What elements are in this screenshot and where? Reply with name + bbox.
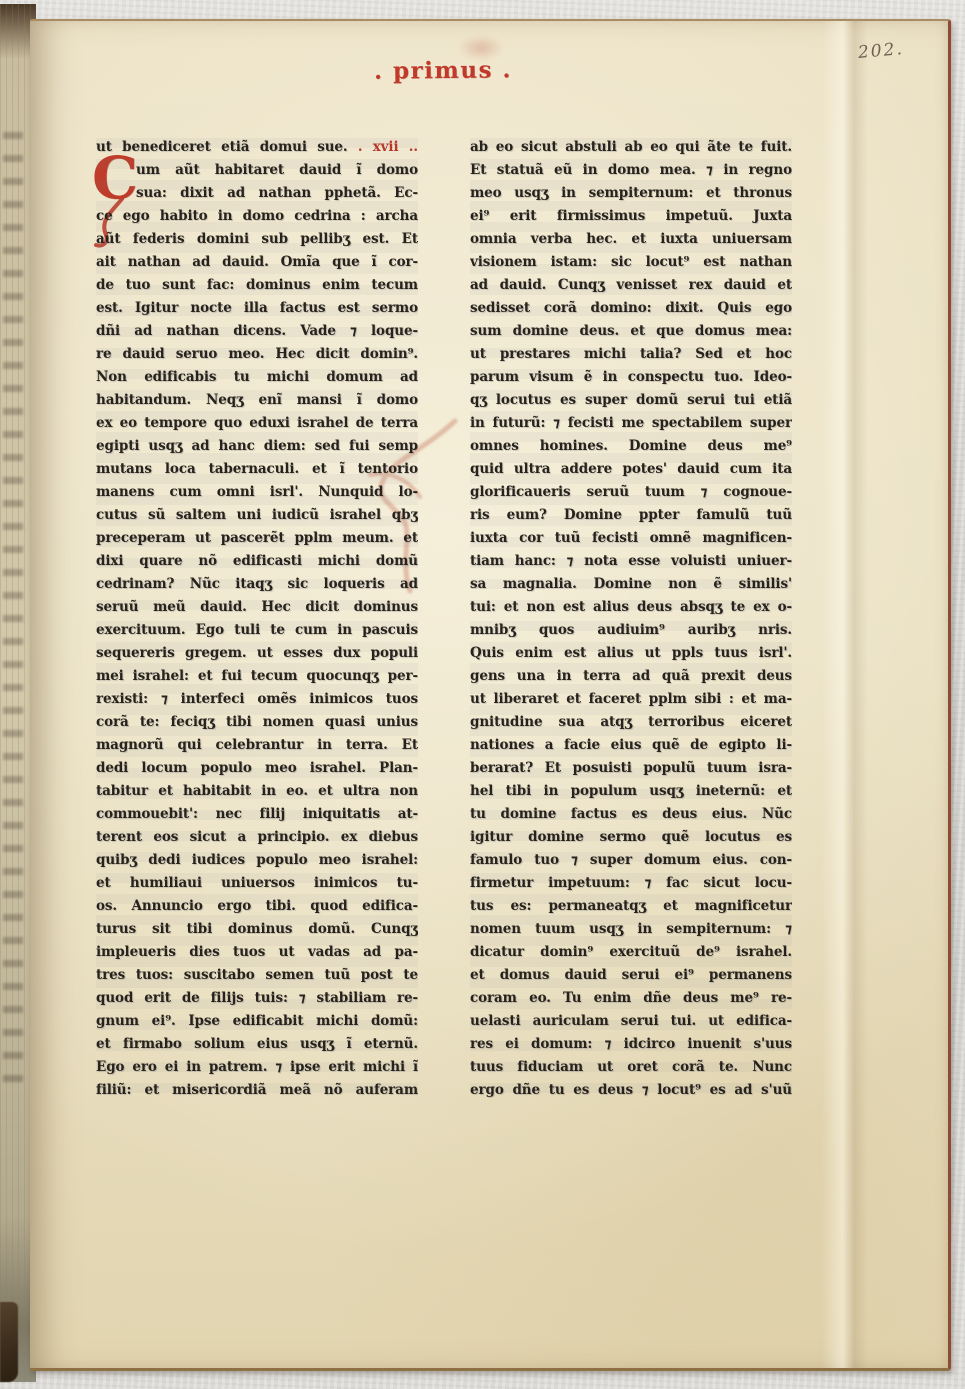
text-line: gnum ei⁹. Ipse edificabit michi domũ:	[96, 1010, 418, 1033]
text-line: preceperam ut pascerẽt pplm meum. et	[96, 527, 418, 550]
text-line: tres tuos: suscitabo semen tuũ post te	[96, 964, 418, 987]
text-line: Quis enim est alius ut ppls tuus isrl'.	[470, 642, 792, 665]
text-line: manens cum omni isrl'. Nunquid lo-	[96, 481, 418, 504]
text-line: tui: et non est alius deus absqʒ te ex o…	[470, 596, 792, 619]
text-line: ad dauid. Cunqʒ venisset rex dauid et	[470, 274, 792, 297]
text-line: et domus dauid serui ei⁹ permanens	[470, 964, 792, 987]
manuscript-photo: . primus . 202. C ut benediceret etiã do…	[0, 0, 965, 1389]
text-line: uelasti auriculam serui tui. ut edifica-	[470, 1010, 792, 1033]
text-line: Et statuã eũ in domo mea. ⁊ in regno	[470, 159, 792, 182]
text-line: tiam hanc: ⁊ nota esse voluisti uniuer-	[470, 550, 792, 573]
text-line: terent eos sicut a principio. ex diebus	[96, 826, 418, 849]
text-line: impleueris dies tuos ut vadas ad pa-	[96, 941, 418, 964]
text-line: ut benediceret etiã domui sue. . xvii ..	[96, 136, 418, 159]
text-line: sum domine deus. et que domus mea:	[470, 320, 792, 343]
text-line: meo usqʒ in sempiternum: et thronus	[470, 182, 792, 205]
text-line: tuus fiduciam ut oret corã te. Nunc	[470, 1056, 792, 1079]
facing-page-text-showthrough	[3, 132, 23, 1082]
text-line: parum visum ẽ in conspectu tuo. Ideo-	[470, 366, 792, 389]
text-line: et humiliaui uniuersos inimicos tu-	[96, 872, 418, 895]
text-line: sa magnalia. Domine non ẽ similis'	[470, 573, 792, 596]
text-line: tus es: permaneatqʒ et magnificetur	[470, 895, 792, 918]
vellum-page: . primus . 202. C ut benediceret etiã do…	[30, 19, 951, 1371]
text-column-right: ab eo sicut abstuli ab eo qui ãte te fui…	[470, 136, 792, 1102]
text-line: quibʒ dedi iudices populo meo israhel:	[96, 849, 418, 872]
text-line: et firmabo solium eius usqʒ ĩ eternũ.	[96, 1033, 418, 1056]
text-line: dicatur domin⁹ exercituũ de⁹ israhel.	[470, 941, 792, 964]
text-line: dñi ad nathan dicens. Vade ⁊ loque-	[96, 320, 418, 343]
text-line: exercituum. Ego tuli te cum in pascuis	[96, 619, 418, 642]
text-line: nationes a facie eius quẽ de egipto li-	[470, 734, 792, 757]
text-line: qʒ locutus es super domũ serui tui etiã	[470, 389, 792, 412]
chapter-number: . xvii ..	[358, 139, 418, 155]
text-line: dixi quare nõ edificasti michi domũ	[96, 550, 418, 573]
text-line: cutus sũ saltem uni iudicũ israhel qbʒ	[96, 504, 418, 527]
text-line: ce ego habito in domo cedrina : archa	[96, 205, 418, 228]
text-line: habitandum. Neqʒ enĩ mansi ĩ domo	[96, 389, 418, 412]
text-line: gnitudine sua atqʒ terroribus eiceret	[470, 711, 792, 734]
text-line: um aũt habitaret dauid ĩ domo	[96, 159, 418, 182]
text-line: seruũ meũ dauid. Hec dicit dominus	[96, 596, 418, 619]
text-line: filiũ: et misericordiã meã nõ auferam	[96, 1079, 418, 1102]
folio-number: 202.	[857, 39, 904, 63]
text-line: cedrinam? Nũc itaqʒ sic loqueris ad	[96, 573, 418, 596]
text-line: hel tibi in populum usqʒ ineternũ: et	[470, 780, 792, 803]
text-line: mei israhel: et fui tecum quocunqʒ per-	[96, 665, 418, 688]
text-line: ab eo sicut abstuli ab eo qui ãte te fui…	[470, 136, 792, 159]
text-line: sequereris gregem. ut esses dux populi	[96, 642, 418, 665]
text-line: berarat? Et posuisti populũ tuum isra-	[470, 757, 792, 780]
text-line: ex eo tempore quo eduxi israhel de terra	[96, 412, 418, 435]
text-line: in futurũ: ⁊ fecisti me spectabilem supe…	[470, 412, 792, 435]
text-line: coram eo. Tu enim dñe deus me⁹ re-	[470, 987, 792, 1010]
text-line: egipti usqʒ ad hanc diem: sed fui semp	[96, 435, 418, 458]
text-line: turus sit tibi dominus domũ. Cunqʒ	[96, 918, 418, 941]
text-line: visionem istam: sic locut⁹ est nathan	[470, 251, 792, 274]
binding-corner	[0, 1302, 18, 1382]
text-line: sua: dixit ad nathan pphetã. Ec-	[96, 182, 418, 205]
text-line: corã te: feciqʒ tibi nomen quasi unius	[96, 711, 418, 734]
verse-end-text: ut benediceret etiã domui sue.	[96, 139, 348, 155]
text-line: commouebit': nec filij iniquitatis at-	[96, 803, 418, 826]
text-line: tabitur et habitabit in eo. et ultra non	[96, 780, 418, 803]
text-line: nomen tuum usqʒ in sempiternum: ⁊	[470, 918, 792, 941]
text-line: famulo tuo ⁊ super domum eius. con-	[470, 849, 792, 872]
text-line: omnes homines. Domine deus me⁹	[470, 435, 792, 458]
text-line: mnibʒ quos audiuim⁹ auribʒ nris.	[470, 619, 792, 642]
text-line: aũt federis domini sub pellibʒ est. Et	[96, 228, 418, 251]
text-line: de tuo sunt fac: dominus enim tecum	[96, 274, 418, 297]
text-line: ut prestares michi talia? Sed et hoc	[470, 343, 792, 366]
text-line: magnorũ qui celebrantur in terra. Et	[96, 734, 418, 757]
text-line: glorificaueris seruũ tuum ⁊ cognoue-	[470, 481, 792, 504]
text-line: ait nathan ad dauid. Omĩa que ĩ cor-	[96, 251, 418, 274]
text-line: quod erit de filijs tuis: ⁊ stabiliam re…	[96, 987, 418, 1010]
text-line: ei⁹ erit firmissimus impetuũ. Juxta	[470, 205, 792, 228]
column-lines: um aũt habitaret dauid ĩ domosua: dixit …	[96, 159, 418, 1102]
text-line: omnia verba hec. et iuxta uniuersam	[470, 228, 792, 251]
text-line: igitur domine sermo quẽ locutus es	[470, 826, 792, 849]
text-line: gens una in terra ad quã prexit deus	[470, 665, 792, 688]
text-line: Non edificabis tu michi domum ad	[96, 366, 418, 389]
text-line: ergo dñe tu es deus ⁊ locut⁹ es ad s'uũ	[470, 1079, 792, 1102]
text-line: iuxta cor tuũ fecisti omnẽ magnificen-	[470, 527, 792, 550]
text-line: os. Annuncio ergo tibi. quod edifica-	[96, 895, 418, 918]
text-line: mutans loca tabernaculi. et ĩ tentorio	[96, 458, 418, 481]
text-line: re dauid seruo meo. Hec dicit domin⁹.	[96, 343, 418, 366]
text-column-left: ut benediceret etiã domui sue. . xvii ..…	[96, 136, 418, 1102]
text-line: est. Igitur nocte illa factus est sermo	[96, 297, 418, 320]
page-crease	[822, 21, 868, 1368]
text-line: rexisti: ⁊ interfeci omẽs inimicos tuos	[96, 688, 418, 711]
text-line: ut liberaret et faceret pplm sibi : et m…	[470, 688, 792, 711]
text-line: firmetur impetuum: ⁊ fac sicut locu-	[470, 872, 792, 895]
text-line: dedi locum populo meo israhel. Plan-	[96, 757, 418, 780]
text-line: ris eum? Domine ppter famulũ tuũ	[470, 504, 792, 527]
text-line: tu domine factus es deus eius. Nũc	[470, 803, 792, 826]
column-lines: ab eo sicut abstuli ab eo qui ãte te fui…	[470, 136, 792, 1102]
text-line: res ei domum: ⁊ idcirco inuenit s'uus	[470, 1033, 792, 1056]
text-line: sedisset corã domino: dixit. Quis ego	[470, 297, 792, 320]
text-line: Ego ero ei in patrem. ⁊ ipse erit michi …	[96, 1056, 418, 1079]
text-line: quid ultra addere potes' dauid cum ita	[470, 458, 792, 481]
running-title: . primus .	[374, 56, 512, 84]
